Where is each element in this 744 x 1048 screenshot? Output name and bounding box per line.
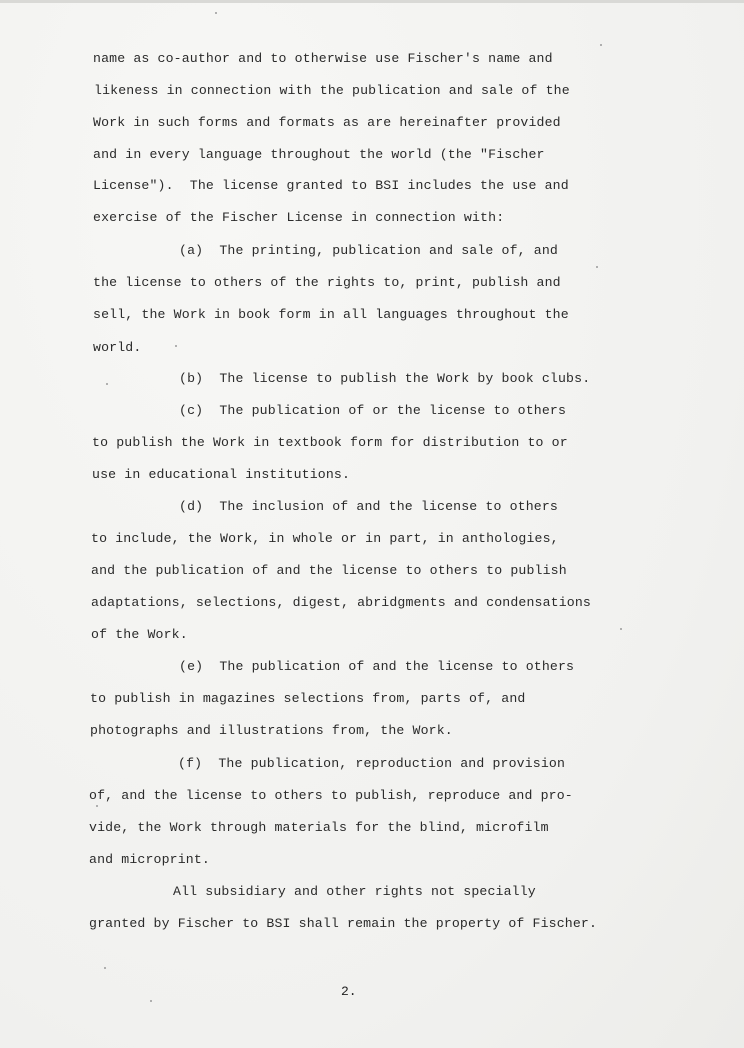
scan-speck — [620, 628, 622, 630]
scan-speck — [106, 383, 108, 385]
text-line: likeness in connection with the publicat… — [94, 83, 570, 99]
text-line: of, and the license to others to publish… — [89, 788, 573, 804]
text-line: Work in such forms and formats as are he… — [93, 115, 561, 131]
clause-a-heading: (a) The printing, publication and sale o… — [179, 243, 558, 259]
clause-c-heading: (c) The publication of or the license to… — [179, 403, 566, 419]
text-line: exercise of the Fischer License in conne… — [93, 210, 504, 226]
text-line: name as co-author and to otherwise use F… — [93, 51, 553, 67]
scan-speck — [150, 1000, 152, 1002]
text-line: and the publication of and the license t… — [91, 563, 567, 579]
closing-paragraph-line: All subsidiary and other rights not spec… — [173, 884, 536, 900]
clause-e-heading: (e) The publication of and the license t… — [179, 659, 574, 675]
text-line: world. — [93, 340, 141, 356]
page-number: 2. — [341, 984, 357, 999]
text-line: and microprint. — [89, 852, 210, 868]
text-line: and in every language throughout the wor… — [93, 147, 545, 163]
scan-speck — [596, 266, 598, 268]
text-line: vide, the Work through materials for the… — [89, 820, 549, 836]
scan-speck — [600, 44, 602, 46]
text-line: to publish the Work in textbook form for… — [92, 435, 568, 451]
clause-d-heading: (d) The inclusion of and the license to … — [179, 499, 558, 515]
text-line: sell, the Work in book form in all langu… — [93, 307, 569, 323]
clause-f-heading: (f) The publication, reproduction and pr… — [178, 756, 565, 772]
scan-speck — [215, 12, 217, 14]
text-line: to include, the Work, in whole or in par… — [91, 531, 559, 547]
text-line: the license to others of the rights to, … — [93, 275, 561, 291]
text-line: to publish in magazines selections from,… — [90, 691, 525, 707]
closing-paragraph-line: granted by Fischer to BSI shall remain t… — [89, 916, 597, 932]
text-line: of the Work. — [91, 627, 188, 643]
text-line: use in educational institutions. — [92, 467, 350, 483]
text-line: adaptations, selections, digest, abridgm… — [91, 595, 591, 611]
page-top-edge — [0, 0, 744, 3]
scan-speck — [104, 967, 106, 969]
clause-b-heading: (b) The license to publish the Work by b… — [179, 371, 590, 387]
text-line: photographs and illustrations from, the … — [90, 723, 453, 739]
document-page: name as co-author and to otherwise use F… — [0, 0, 744, 1048]
text-line: License"). The license granted to BSI in… — [93, 178, 569, 194]
scan-speck — [175, 345, 177, 347]
scan-speck — [96, 805, 98, 807]
